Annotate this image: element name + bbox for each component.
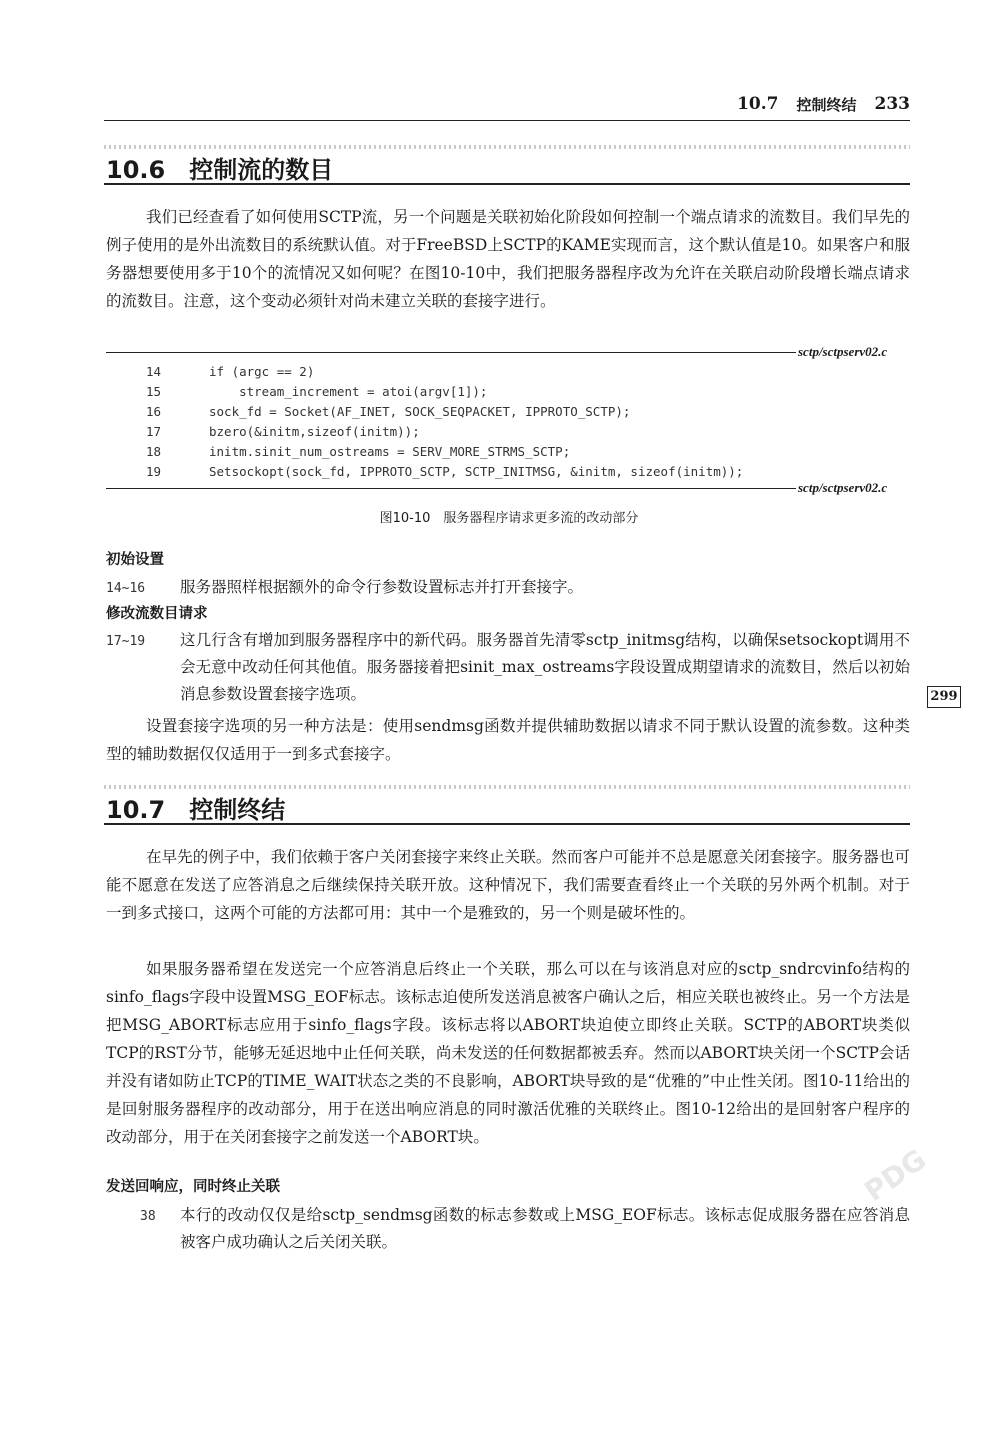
code-text: if (argc == 2) xyxy=(209,362,314,382)
line-number: 16 xyxy=(146,402,209,422)
code-text: bzero(&initm,sizeof(initm)); xyxy=(209,422,420,442)
code-line: 16sock_fd = Socket(AF_INET, SOCK_SEQPACK… xyxy=(146,402,916,422)
code-line: 18initm.sinit_num_ostreams = SERV_MORE_S… xyxy=(146,442,916,462)
section-title: 控制流的数目 xyxy=(189,150,333,185)
code-text: initm.sinit_num_ostreams = SERV_MORE_STR… xyxy=(209,442,570,462)
running-head: 10.7 控制终结 233 xyxy=(600,90,910,118)
section-heading-10-6: 10.6 控制流的数目 xyxy=(106,150,333,185)
code-note: 17~19 这几行含有增加到服务器程序中的新代码。服务器首先清零sctp_ini… xyxy=(106,627,910,708)
code-line: 17bzero(&initm,sizeof(initm)); xyxy=(146,422,916,442)
page-number: 233 xyxy=(875,94,911,114)
line-number: 19 xyxy=(146,462,209,482)
note-text: 服务器照样根据额外的命令行参数设置标志并打开套接字。 xyxy=(180,574,910,602)
section-heading-10-7: 10.7 控制终结 xyxy=(106,790,285,825)
section-rule xyxy=(104,183,910,185)
code-file-label-top: sctp/sctpserv02.c xyxy=(798,344,887,360)
code-line: 19Setsockopt(sock_fd, IPPROTO_SCTP, SCTP… xyxy=(146,462,916,482)
line-number: 15 xyxy=(146,382,209,402)
subheading-send-and-terminate: 发送回响应，同时终止关联 xyxy=(106,1175,280,1196)
line-number: 14 xyxy=(146,362,209,382)
code-top-rule xyxy=(106,352,796,353)
figure-caption: 图10-10 服务器程序请求更多流的改动部分 xyxy=(106,507,912,526)
note-line-range: 17~19 xyxy=(106,627,180,708)
code-bottom-rule xyxy=(106,488,796,489)
code-line: 15 stream_increment = atoi(argv[1]); xyxy=(146,382,916,402)
line-number: 17 xyxy=(146,422,209,442)
section-divider-dots xyxy=(104,145,910,149)
original-page-marker: 299 xyxy=(927,686,961,708)
code-note: 14~16 服务器照样根据额外的命令行参数设置标志并打开套接字。 xyxy=(106,574,910,602)
body-paragraph: 在早先的例子中，我们依赖于客户关闭套接字来终止关联。然而客户可能并不总是愿意关闭… xyxy=(106,843,910,927)
section-title: 控制终结 xyxy=(189,790,285,825)
section-number: 10.7 xyxy=(106,796,165,824)
line-number: 18 xyxy=(146,442,209,462)
note-text: 本行的改动仅仅是给sctp_sendmsg函数的标志参数或上MSG_EOF标志。… xyxy=(180,1202,910,1256)
section-rule xyxy=(104,823,910,825)
code-line: 14if (argc == 2) xyxy=(146,362,916,382)
section-intro-paragraph: 我们已经查看了如何使用SCTP流，另一个问题是关联初始化阶段如何控制一个端点请求… xyxy=(106,203,910,315)
section-number: 10.6 xyxy=(106,156,165,184)
subheading-initial-setup: 初始设置 xyxy=(106,548,164,569)
note-line-range: 38 xyxy=(106,1202,180,1256)
header-rule xyxy=(104,120,910,121)
note-line-range: 14~16 xyxy=(106,574,180,602)
code-listing: 14if (argc == 2) 15 stream_increment = a… xyxy=(146,362,916,482)
code-note: 38 本行的改动仅仅是给sctp_sendmsg函数的标志参数或上MSG_EOF… xyxy=(106,1202,910,1256)
code-text: Setsockopt(sock_fd, IPPROTO_SCTP, SCTP_I… xyxy=(209,462,743,482)
code-file-label-bottom: sctp/sctpserv02.c xyxy=(798,480,887,496)
closing-paragraph: 设置套接字选项的另一种方法是：使用sendmsg函数并提供辅助数据以请求不同于默… xyxy=(106,712,910,768)
subheading-modify-streams: 修改流数目请求 xyxy=(106,602,208,623)
running-head-title: 控制终结 xyxy=(796,94,856,115)
note-text: 这几行含有增加到服务器程序中的新代码。服务器首先清零sctp_initmsg结构… xyxy=(180,627,910,708)
section-divider-dots xyxy=(104,785,910,789)
running-head-section: 10.7 xyxy=(737,94,778,114)
code-text: stream_increment = atoi(argv[1]); xyxy=(209,382,487,402)
code-text: sock_fd = Socket(AF_INET, SOCK_SEQPACKET… xyxy=(209,402,630,422)
